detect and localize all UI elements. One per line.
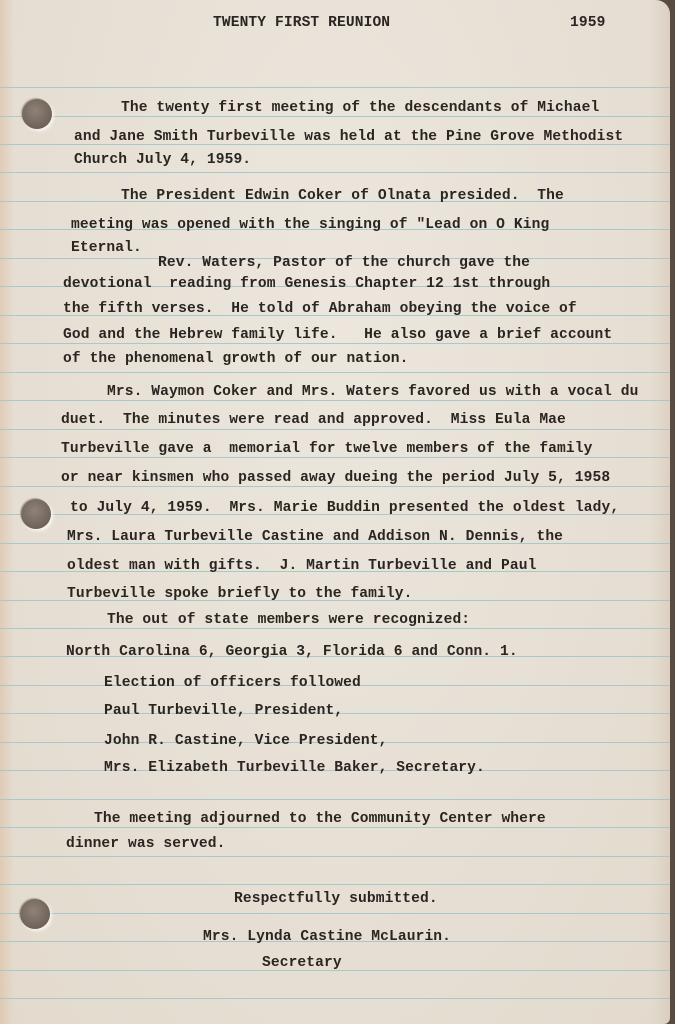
ruled-line — [0, 87, 670, 88]
text-line: dinner was served. — [66, 836, 225, 852]
ruled-line — [0, 827, 670, 828]
text-line: Election of officers followed — [104, 675, 361, 691]
text-line: The President Edwin Coker of Olnata pres… — [121, 188, 564, 204]
text-line: Church July 4, 1959. — [74, 152, 251, 168]
ruled-line — [0, 628, 670, 629]
text-line: and Jane Smith Turbeville was held at th… — [74, 129, 623, 145]
text-line: Rev. Waters, Pastor of the church gave t… — [158, 255, 530, 271]
text-line: God and the Hebrew family life. He also … — [63, 327, 612, 343]
punch-hole-middle — [21, 499, 51, 529]
text-line: Eternal. — [71, 240, 142, 256]
ruled-line — [0, 457, 670, 458]
text-line: Turbeville spoke briefly to the family. — [67, 586, 412, 602]
text-line: John R. Castine, Vice President, — [104, 733, 387, 749]
document-title: TWENTY FIRST REUNION — [213, 15, 390, 31]
text-line: Mrs. Elizabeth Turbeville Baker, Secreta… — [104, 760, 485, 776]
ruled-line — [0, 913, 670, 914]
text-line: oldest man with gifts. J. Martin Turbevi… — [67, 558, 536, 574]
text-line: Paul Turbeville, President, — [104, 703, 343, 719]
text-line: meeting was opened with the singing of "… — [71, 217, 549, 233]
text-line: Mrs. Waymon Coker and Mrs. Waters favore… — [107, 384, 638, 400]
ruled-line — [0, 343, 670, 344]
ruled-line — [0, 998, 670, 999]
punch-hole-bottom — [20, 899, 50, 929]
signer-role: Secretary — [262, 955, 342, 971]
text-line: devotional reading from Genesis Chapter … — [63, 276, 550, 292]
ruled-line — [0, 856, 670, 857]
text-line: North Carolina 6, Georgia 3, Florida 6 a… — [66, 644, 518, 660]
ruled-paper-page: TWENTY FIRST REUNION 1959 The twenty fir… — [0, 0, 670, 1024]
text-line: the fifth verses. He told of Abraham obe… — [63, 301, 577, 317]
text-line: to July 4, 1959. Mrs. Marie Buddin prese… — [70, 500, 619, 516]
text-line: of the phenomenal growth of our nation. — [63, 351, 408, 367]
ruled-line — [0, 799, 670, 800]
ruled-line — [0, 172, 670, 173]
text-line: The meeting adjourned to the Community C… — [94, 811, 546, 827]
document-year: 1959 — [570, 15, 605, 31]
text-line: Turbeville gave a memorial for twelve me… — [61, 441, 592, 457]
text-line: The twenty first meeting of the descenda… — [121, 100, 599, 116]
ruled-line — [0, 372, 670, 373]
ruled-line — [0, 884, 670, 885]
punch-hole-top — [22, 99, 52, 129]
ruled-line — [0, 429, 670, 430]
text-line: The out of state members were recognized… — [107, 612, 470, 628]
closing-salutation: Respectfully submitted. — [234, 891, 438, 907]
text-line: duet. The minutes were read and approved… — [61, 412, 566, 428]
text-line: or near kinsmen who passed away dueing t… — [61, 470, 610, 486]
ruled-line — [0, 400, 670, 401]
signer-name: Mrs. Lynda Castine McLaurin. — [203, 929, 451, 945]
text-line: Mrs. Laura Turbeville Castine and Addiso… — [67, 529, 563, 545]
